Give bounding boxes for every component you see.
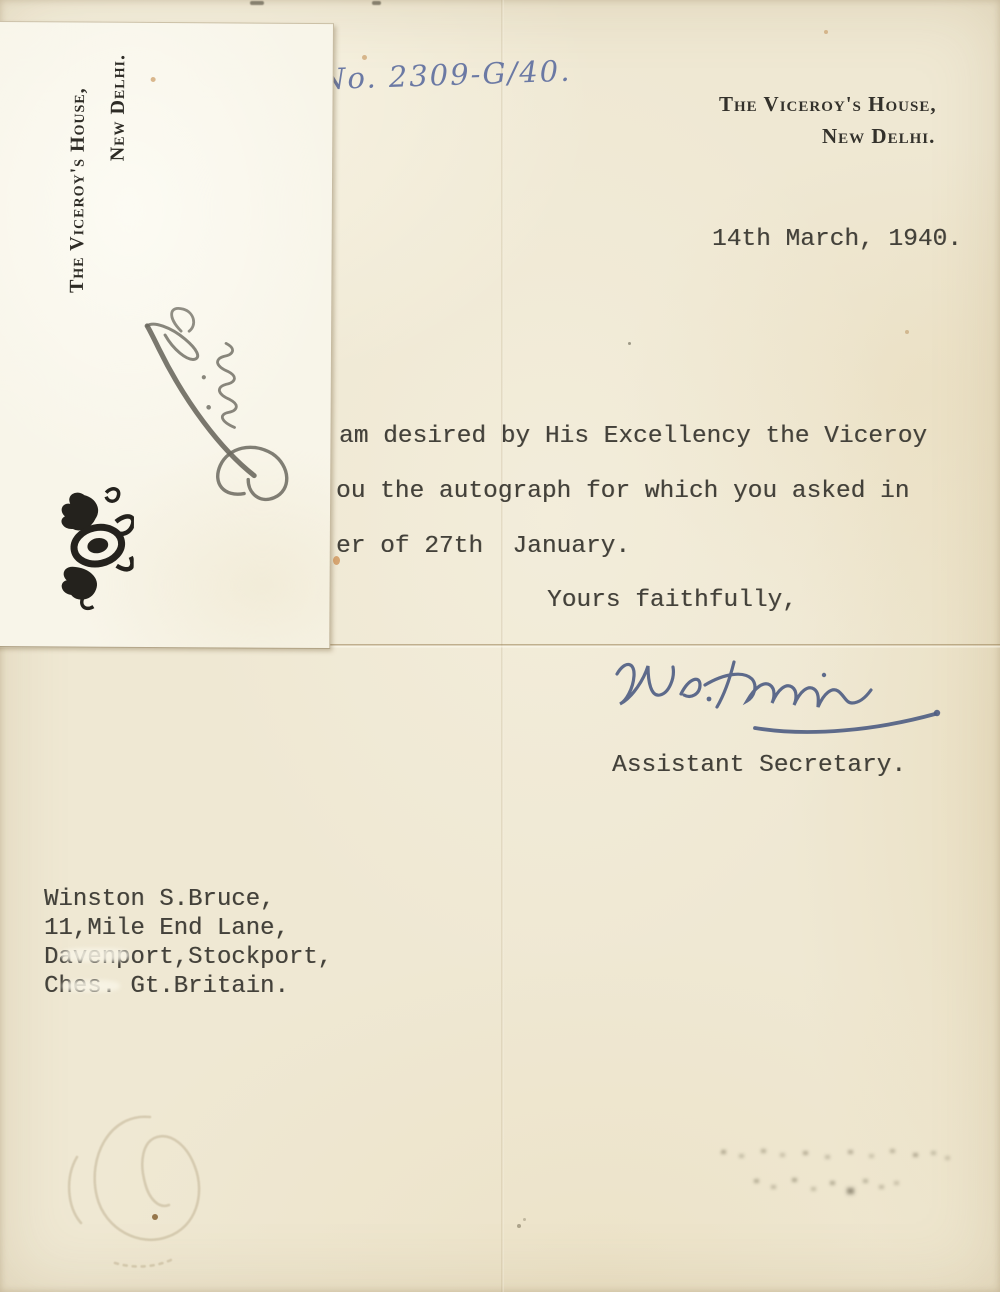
- letter-scan: No. 2309-G/40. The Viceroy's House, New …: [0, 0, 1000, 1292]
- foxing-spot: [905, 330, 909, 334]
- card-letterhead-line2: New Delhi.: [98, 51, 139, 161]
- closing-line: Yours faithfully,: [547, 587, 797, 614]
- body-line: ou the autograph for which you asked in: [336, 478, 909, 505]
- scan-edge-mark: [372, 1, 381, 5]
- scan-edge-mark: [250, 1, 264, 5]
- embossed-mark: [45, 1095, 255, 1275]
- foxing-spot: [523, 1218, 526, 1221]
- autograph-card: The Viceroy's House, New Delhi.: [0, 21, 334, 648]
- date-line: 14th March, 1940.: [712, 226, 962, 253]
- body-line: er of 27th January.: [336, 533, 630, 560]
- royal-crest-icon: [53, 483, 134, 613]
- correction-smudge: [60, 948, 130, 962]
- card-letterhead-line1: The Viceroy's House,: [57, 51, 98, 293]
- foxing-spot: [824, 30, 828, 34]
- body-line: am desired by His Excellency the Viceroy: [339, 423, 927, 450]
- foxing-spot: [517, 1224, 521, 1228]
- vertical-fold-crease: [501, 0, 504, 1292]
- foxing-spot: [151, 77, 156, 82]
- ink-smudge: [718, 1149, 721, 1151]
- letterhead-line1: The Viceroy's House,: [719, 92, 937, 117]
- letterhead-line2: New Delhi.: [822, 124, 935, 149]
- ink-dot: [628, 342, 631, 345]
- linlithgow-signature: [136, 227, 308, 528]
- reference-number: No. 2309-G/40.: [319, 54, 571, 97]
- card-letterhead: The Viceroy's House, New Delhi.: [57, 51, 144, 302]
- signature-title: Assistant Secretary.: [612, 752, 906, 779]
- harrison-signature: [605, 652, 945, 752]
- correction-smudge: [62, 980, 120, 992]
- address-line: Winston S.Bruce,: [44, 886, 274, 913]
- address-line: 11,Mile End Lane,: [44, 915, 289, 942]
- foxing-spot: [362, 55, 367, 60]
- ink-smudge: [752, 1176, 755, 1178]
